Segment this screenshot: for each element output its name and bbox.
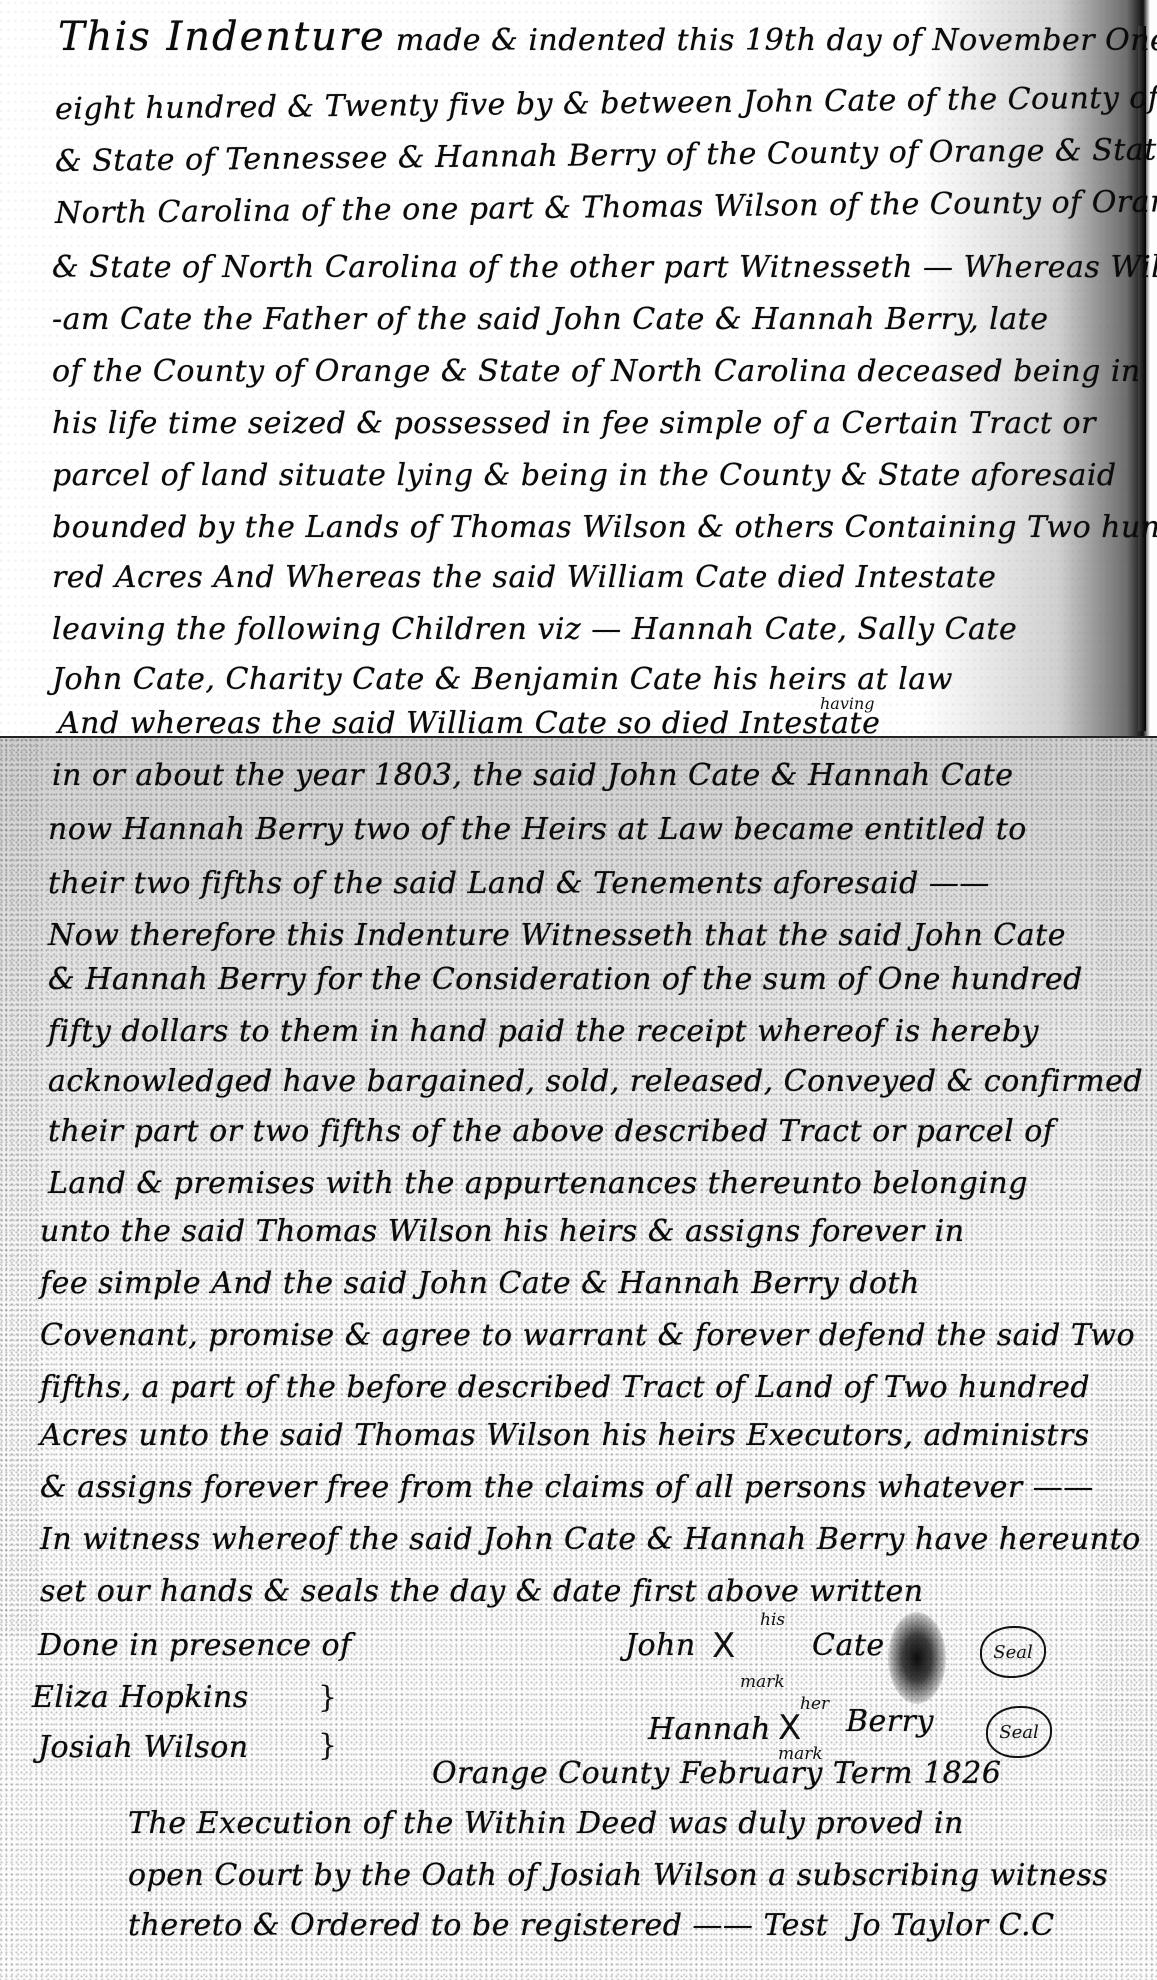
witness-brace-2: } <box>318 1728 337 1763</box>
deed-line-13: John Cate, Charity Cate & Benjamin Cate … <box>52 662 953 697</box>
deed-line-12: leaving the following Children viz — Han… <box>52 612 1017 647</box>
signer-mark-label: mark <box>740 1672 785 1692</box>
deed-line-11: red Acres And Whereas the said William C… <box>52 560 996 595</box>
deed-line-30: In witness whereof the said John Cate & … <box>40 1522 1141 1557</box>
witness-name-1: Eliza Hopkins <box>32 1680 249 1715</box>
signer-x-mark: X <box>712 1626 735 1666</box>
deed-line-20: fifty dollars to them in hand paid the r… <box>48 1014 1039 1049</box>
deed-line-10: bounded by the Lands of Thomas Wilson & … <box>52 510 1157 545</box>
probate-heading: Orange County February Term 1826 <box>432 1756 1001 1791</box>
deed-line-21: acknowledged have bargained, sold, relea… <box>48 1064 1143 1099</box>
deed-line-25: fee simple And the said John Cate & Hann… <box>40 1266 920 1301</box>
deed-line-15: in or about the year 1803, the said John… <box>52 758 1014 793</box>
opening-words: This Indenture <box>58 14 386 60</box>
deed-line-29: & assigns forever free from the claims o… <box>40 1470 1094 1505</box>
seal-scroll-icon: Seal <box>986 1706 1052 1758</box>
probate-line-1: The Execution of the Within Deed was dul… <box>128 1806 964 1841</box>
deed-line-26: Covenant, promise & agree to warrant & f… <box>40 1318 1135 1353</box>
signer-first-name: John <box>625 1628 696 1663</box>
deed-line-9: parcel of land situate lying & being in … <box>52 458 1117 493</box>
deed-line-24: unto the said Thomas Wilson his heirs & … <box>40 1214 965 1249</box>
probate-line-2: open Court by the Oath of Josiah Wilson … <box>128 1858 1108 1893</box>
deed-line-18: Now therefore this Indenture Witnesseth … <box>48 918 1066 953</box>
deed-line-31: set our hands & seals the day & date fir… <box>40 1574 924 1609</box>
deed-line-17: their two fifths of the said Land & Tene… <box>48 866 990 901</box>
seal-scroll-icon: Seal <box>980 1626 1046 1678</box>
deed-line-7: of the County of Orange & State of North… <box>52 354 1141 389</box>
witness-brace: } <box>318 1680 337 1715</box>
deed-line-22: their part or two fifths of the above de… <box>48 1114 1054 1149</box>
deed-line-8: his life time seized & possessed in fee … <box>52 406 1096 441</box>
witness-heading: Done in presence of <box>38 1628 352 1663</box>
deed-line-28: Acres unto the said Thomas Wilson his he… <box>40 1418 1090 1453</box>
witness-name-2: Josiah Wilson <box>38 1730 249 1765</box>
ink-blot <box>888 1612 946 1704</box>
signer-x-mark: X <box>778 1708 801 1748</box>
deed-line-1: This Indenture made & indented this 19th… <box>58 14 1157 60</box>
deed-line-23: Land & premises with the appurtenances t… <box>48 1166 1028 1201</box>
deed-line-16: now Hannah Berry two of the Heirs at Law… <box>48 812 1027 847</box>
signer-her-label: her <box>800 1694 829 1714</box>
deed-line-27: fifths, a part of the before described T… <box>40 1370 1090 1405</box>
deed-line-19: & Hannah Berry for the Consideration of … <box>48 962 1083 997</box>
scanned-deed-page: This Indenture made & indented this 19th… <box>0 0 1157 1980</box>
signer-first-name: Hannah <box>648 1712 771 1747</box>
deed-line-6: -am Cate the Father of the said John Cat… <box>52 302 1048 337</box>
signer-last-name: Berry <box>846 1704 934 1739</box>
clerk-signature: Jo Taylor C.C <box>850 1908 1055 1943</box>
probate-line-3: thereto & Ordered to be registered —— Te… <box>128 1908 828 1943</box>
deed-line-5: & State of North Carolina of the other p… <box>52 250 1157 285</box>
signer-his-label: his <box>760 1610 785 1630</box>
signer-last-name: Cate <box>812 1628 885 1663</box>
